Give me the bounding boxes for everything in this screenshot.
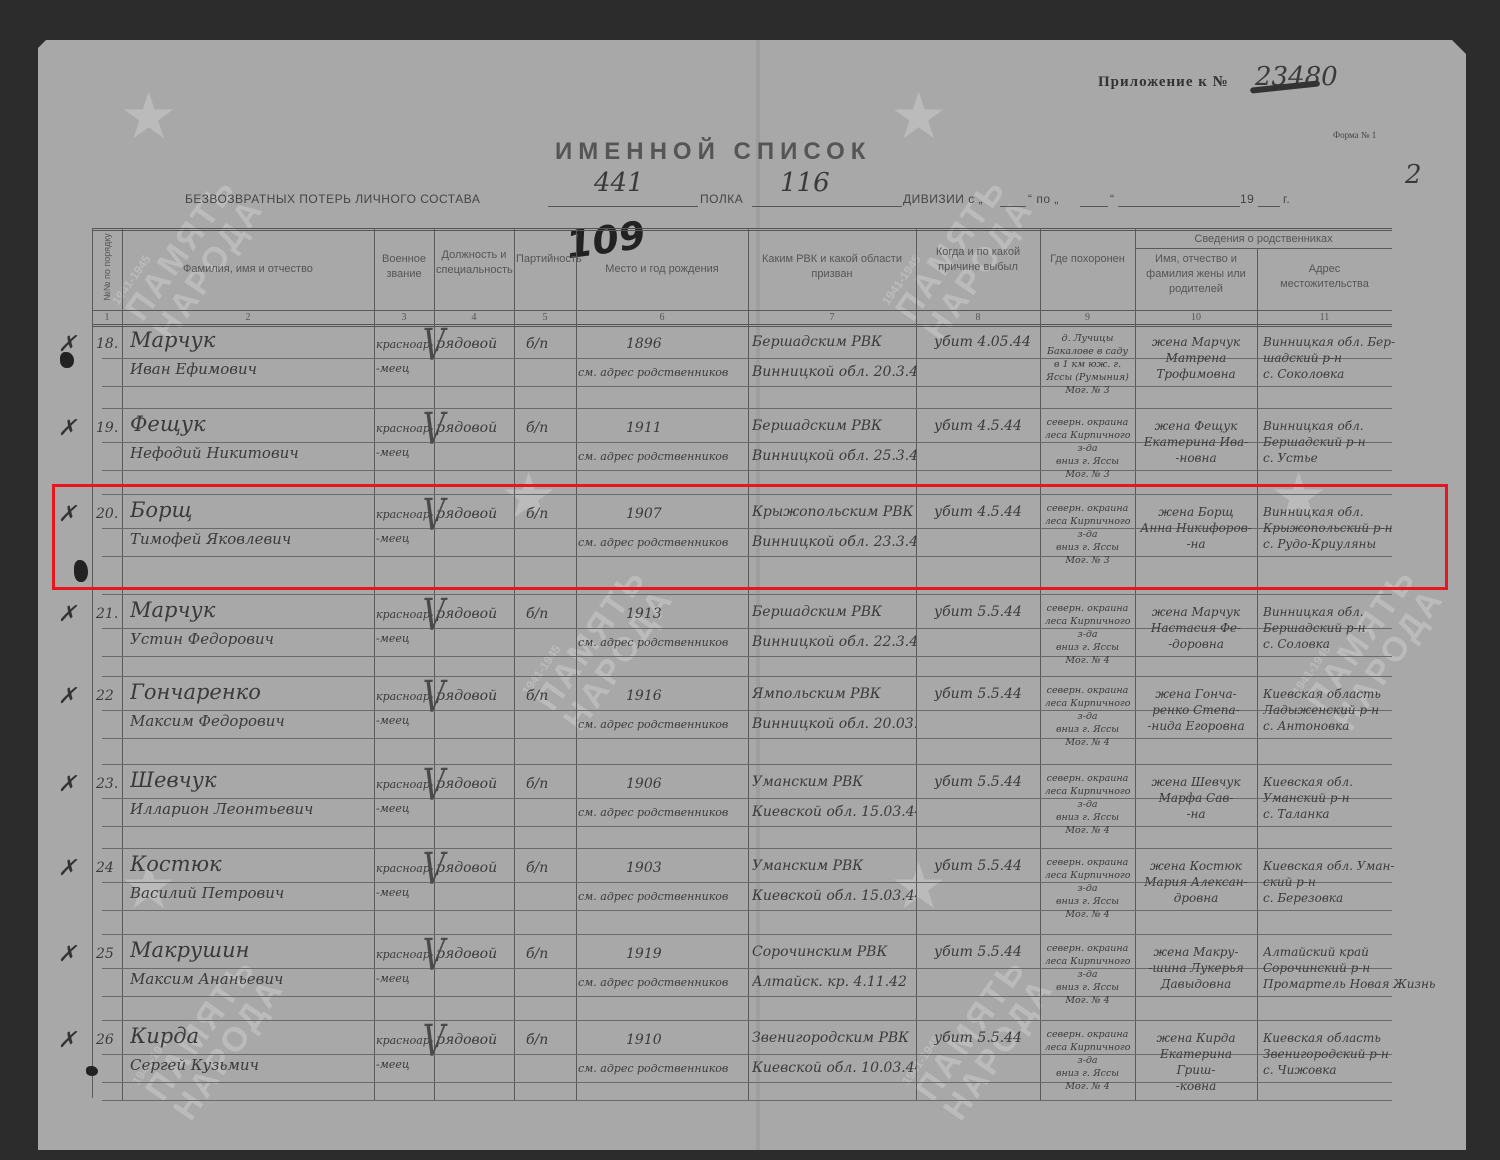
subtitle-losses: БЕЗВОЗВРАТНЫХ ПОТЕРЬ ЛИЧНОГО СОСТАВА [185, 192, 480, 206]
header-rank: Военное звание [378, 252, 430, 282]
departure-reason: убит 4.05.44 [934, 334, 1044, 350]
burial-line: леса Кирпичного з-да [1042, 615, 1133, 641]
rvk-line1: Бершадским РВК [752, 418, 916, 434]
division-underline [752, 206, 902, 207]
address-line: Киевская область [1263, 1030, 1438, 1046]
address-line: Алтайский край [1263, 944, 1438, 960]
party: б/п [526, 606, 572, 622]
burial-line: леса Кирпичного з-да [1042, 429, 1133, 455]
relative-line: жена Марчук [1139, 604, 1253, 620]
rvk-line1: Ямпольским РВК [752, 686, 916, 702]
address: Винницкая обл. Бер-шадский р-нс. Соколов… [1263, 334, 1438, 382]
rvk-line2: Киевской обл. 15.03.44 [752, 804, 916, 820]
check-mark-icon: V [423, 1016, 445, 1067]
relative-line: жена Марчук [1139, 334, 1253, 350]
row-number: 26 [96, 1032, 122, 1048]
address: Киевская обл.Уманский р-нс. Таланка [1263, 774, 1438, 822]
burial-line: д. Лучицы Бакалове в саду [1042, 332, 1133, 358]
row-number: 19. [96, 420, 122, 436]
relative-line: ренко Степа- [1139, 702, 1253, 718]
party: б/п [526, 420, 572, 436]
departure-reason: убит 5.5.44 [934, 858, 1044, 874]
address-line: с. Таланка [1263, 806, 1438, 822]
address-line: с. Чижовка [1263, 1062, 1438, 1078]
position: рядовой [436, 946, 514, 962]
column-number: 1 [92, 312, 122, 323]
relative-name: жена Макру--шина ЛукерьяДавыдовна [1139, 944, 1253, 992]
relative-line: -на [1139, 806, 1253, 822]
departure-reason: убит 5.5.44 [934, 604, 1044, 620]
address-line: Винницкая обл. [1263, 418, 1438, 434]
column-number: 8 [916, 312, 1040, 323]
burial-line: северн. окраина [1042, 1028, 1133, 1041]
column-number: 5 [514, 312, 576, 323]
birth-year: 1911 [626, 420, 716, 436]
watermark-star-icon: ★ [890, 80, 947, 154]
regiment-underline [548, 206, 698, 207]
burial-line: Мог. № 4 [1042, 1080, 1133, 1093]
address: Винницкая обл.Бершадский р-нс. Соловка [1263, 604, 1438, 652]
address-line: с. Березовка [1263, 890, 1438, 906]
birth-note: см. адрес родственников [578, 976, 748, 989]
surname: Марчук [130, 598, 370, 622]
page-number: 2 [1405, 160, 1422, 190]
highlighted-row-frame [52, 484, 1448, 590]
burial-line: вниз г. Яссы [1042, 641, 1133, 654]
address-line: Винницкая обл. Бер- [1263, 334, 1438, 350]
departure-reason: убит 4.5.44 [934, 418, 1044, 434]
burial-line: северн. окраина [1042, 942, 1133, 955]
cross-mark-icon: ✗ [58, 602, 76, 627]
birth-note: см. адрес родственников [578, 450, 748, 463]
birth-note: см. адрес родственников [578, 636, 748, 649]
row-number: 24 [96, 860, 122, 876]
header-name: Фамилия, имя и отчество [122, 262, 374, 277]
birth-year: 1919 [626, 946, 716, 962]
address-line: Бершадский р-н [1263, 434, 1438, 450]
address-line: Винницкая обл. [1263, 604, 1438, 620]
surname: Кирда [130, 1024, 370, 1048]
header-position: Должность и специальность [436, 248, 512, 278]
surname: Фещук [130, 412, 370, 436]
address: Киевская областьЛадыженский р-нс. Антоно… [1263, 686, 1438, 734]
burial-place: северн. окраиналеса Кирпичного з-давниз … [1042, 772, 1133, 837]
birth-note: см. адрес родственников [578, 806, 748, 819]
ink-blot [86, 1066, 98, 1076]
rvk-line2: Киевской обл. 10.03.44 [752, 1060, 916, 1076]
position: рядовой [436, 688, 514, 704]
column-number: 6 [576, 312, 748, 323]
header-address: Адрес местожительства [1267, 262, 1382, 292]
column-number: 2 [122, 312, 374, 323]
burial-line: Мог. № 4 [1042, 654, 1133, 667]
check-mark-icon: V [423, 590, 445, 641]
party: б/п [526, 1032, 572, 1048]
ruled-line [102, 1100, 1392, 1101]
rvk-line1: Сорочинским РВК [752, 944, 916, 960]
given-name: Устин Федорович [130, 630, 370, 648]
regiment-label: ПОЛКА [700, 192, 743, 206]
row-number: 23. [96, 776, 122, 792]
birth-year: 1896 [626, 336, 716, 352]
form-label: Форма № 1 [1333, 130, 1376, 140]
burial-line: Мог. № 4 [1042, 824, 1133, 837]
given-name: Нефодий Никитович [130, 444, 370, 462]
departure-reason: убит 5.5.44 [934, 686, 1044, 702]
check-mark-icon: V [423, 844, 445, 895]
surname: Макрушин [130, 938, 370, 962]
relative-line: жена Гонча- [1139, 686, 1253, 702]
address-line: Звенигородский р-н [1263, 1046, 1438, 1062]
party: б/п [526, 860, 572, 876]
header-when: Когда и по какой причине выбыл [922, 245, 1034, 275]
address-line: с. Соколовка [1263, 366, 1438, 382]
rvk-line2: Винницкой обл. 20.3.44 [752, 364, 916, 380]
surname: Гончаренко [130, 680, 370, 704]
burial-line: вниз г. Яссы [1042, 811, 1133, 824]
relative-name: жена Гонча-ренко Степа--нида Егоровна [1139, 686, 1253, 734]
relative-line: -ковна [1139, 1078, 1253, 1094]
burial-line: вниз г. Яссы [1042, 895, 1133, 908]
division-label: ДИВИЗИИ с „ [903, 192, 983, 206]
relative-line: жена Кирда [1139, 1030, 1253, 1046]
burial-place: северн. окраиналеса Кирпичного з-давниз … [1042, 856, 1133, 921]
burial-line: северн. окраина [1042, 684, 1133, 697]
check-mark-icon: V [423, 760, 445, 811]
rvk-line2: Винницкой обл. 20.03.44 [752, 716, 916, 732]
row-number: 25 [96, 946, 122, 962]
appendix-stamp: Приложение к № [1098, 74, 1229, 91]
surname: Костюк [130, 852, 370, 876]
burial-line: Мог. № 4 [1042, 994, 1133, 1007]
regiment-number: 441 [594, 168, 644, 198]
birth-year: 1903 [626, 860, 716, 876]
burial-line: вниз г. Яссы [1042, 723, 1133, 736]
cross-mark-icon: ✗ [58, 772, 76, 797]
cross-mark-icon: ✗ [58, 416, 76, 441]
address: Киевская обл. Уман-ский р-нс. Березовка [1263, 858, 1438, 906]
address-line: с. Соловка [1263, 636, 1438, 652]
cross-mark-icon: ✗ [58, 856, 76, 881]
given-name: Максим Ананьевич [130, 970, 370, 988]
rvk-line1: Бершадским РВК [752, 334, 916, 350]
burial-place: северн. окраиналеса Кирпичного з-давниз … [1042, 602, 1133, 667]
birth-note: см. адрес родственников [578, 718, 748, 731]
relatives-group-rule [1135, 248, 1392, 249]
relative-name: жена КирдаЕкатерина Гриш--ковна [1139, 1030, 1253, 1094]
relative-line: жена Фещук [1139, 418, 1253, 434]
rvk-line1: Бершадским РВК [752, 604, 916, 620]
header-relative-name: Имя, отчество и фамилия жены или родител… [1141, 252, 1251, 297]
column-number: 10 [1135, 312, 1257, 323]
address-line: с. Антоновка [1263, 718, 1438, 734]
year-label: 19 [1240, 192, 1254, 206]
header-birth: Место и год рождения [576, 262, 748, 277]
burial-line: в 1 км юж. г. Яссы (Румыния) [1042, 358, 1133, 384]
check-mark-icon: V [423, 672, 445, 723]
header-relatives-group: Сведения о родственниках [1135, 232, 1392, 247]
rvk-line1: Звенигородским РВК [752, 1030, 916, 1046]
burial-line: северн. окраина [1042, 772, 1133, 785]
burial-place: северн. окраиналеса Кирпичного з-давниз … [1042, 942, 1133, 1007]
burial-line: вниз г. Яссы [1042, 1067, 1133, 1080]
date-to-underline [1080, 206, 1108, 207]
burial-line: леса Кирпичного з-да [1042, 785, 1133, 811]
burial-line: Мог. № 4 [1042, 908, 1133, 921]
address: Винницкая обл.Бершадский р-нс. Устье [1263, 418, 1438, 466]
address: Киевская областьЗвенигородский р-нс. Чиж… [1263, 1030, 1438, 1078]
relative-line: Матрена Трофимовна [1139, 350, 1253, 382]
rvk-line1: Уманским РВК [752, 858, 916, 874]
rvk-line2: Винницкой обл. 22.3.44 [752, 634, 916, 650]
burial-place: северн. окраиналеса Кирпичного з-давниз … [1042, 416, 1133, 481]
burial-line: леса Кирпичного з-да [1042, 1041, 1133, 1067]
cross-mark-icon: ✗ [58, 684, 76, 709]
position: рядовой [436, 420, 514, 436]
burial-line: вниз г. Яссы [1042, 981, 1133, 994]
table-top-rule [92, 228, 1392, 231]
departure-reason: убит 5.5.44 [934, 1030, 1044, 1046]
year-suffix: г. [1283, 192, 1290, 206]
rvk-line2: Винницкой обл. 25.3.44 [752, 448, 916, 464]
relative-line: -шина Лукерья [1139, 960, 1253, 976]
given-name: Сергей Кузьмич [130, 1056, 370, 1074]
party: б/п [526, 946, 572, 962]
address-line: ский р-н [1263, 874, 1438, 890]
relative-line: жена Костюк [1139, 858, 1253, 874]
given-name: Иван Ефимович [130, 360, 370, 378]
date-to-label: “ по „ [1028, 192, 1059, 206]
address: Алтайский крайСорочинский р-нПромартель … [1263, 944, 1438, 992]
year-underline [1118, 206, 1240, 207]
burial-line: северн. окраина [1042, 856, 1133, 869]
burial-line: вниз г. Яссы [1042, 455, 1133, 468]
relative-line: Марфа Сав- [1139, 790, 1253, 806]
position: рядовой [436, 860, 514, 876]
relative-line: -нида Егоровна [1139, 718, 1253, 734]
rvk-line2: Алтайск. кр. 4.11.42 [752, 974, 916, 990]
departure-reason: убит 5.5.44 [934, 944, 1044, 960]
address-line: Ладыженский р-н [1263, 702, 1438, 718]
burial-line: Мог. № 4 [1042, 736, 1133, 749]
party: б/п [526, 688, 572, 704]
relative-line: -новна [1139, 450, 1253, 466]
address-line: Бершадский р-н [1263, 620, 1438, 636]
address-line: Киевская область [1263, 686, 1438, 702]
birth-note: см. адрес родственников [578, 1062, 748, 1075]
relative-line: -доровна [1139, 636, 1253, 652]
given-name: Илларион Леонтьевич [130, 800, 370, 818]
relative-line: жена Макру- [1139, 944, 1253, 960]
cross-mark-icon: ✗ [58, 1028, 76, 1053]
burial-line: леса Кирпичного з-да [1042, 869, 1133, 895]
relative-name: жена МарчукМатрена Трофимовна [1139, 334, 1253, 382]
header-rvk: Каким РВК и какой области призван [752, 252, 912, 282]
row-number: 22 [96, 688, 122, 704]
address-line: Сорочинский р-н [1263, 960, 1438, 976]
rvk-line2: Киевской обл. 15.03.44 [752, 888, 916, 904]
header-num: №№ по порядку [102, 232, 112, 302]
column-number: 11 [1257, 312, 1392, 323]
relative-line: Екатерина Ива- [1139, 434, 1253, 450]
burial-place: северн. окраиналеса Кирпичного з-давниз … [1042, 684, 1133, 749]
ink-blot [60, 352, 74, 368]
row-number: 21. [96, 606, 122, 622]
watermark-star-icon: ★ [120, 80, 177, 154]
burial-line: Мог. № 3 [1042, 384, 1133, 397]
check-mark-icon: V [423, 320, 445, 371]
burial-place: северн. окраиналеса Кирпичного з-давниз … [1042, 1028, 1133, 1093]
address-line: Киевская обл. Уман- [1263, 858, 1438, 874]
header-buried: Где похоронен [1046, 252, 1129, 267]
year-suffix-underline [1258, 206, 1280, 207]
relative-name: жена КостюкМария Алексан-дровна [1139, 858, 1253, 906]
birth-year: 1913 [626, 606, 716, 622]
birth-year: 1906 [626, 776, 716, 792]
surname: Шевчук [130, 768, 370, 792]
header-party: Партийность [516, 252, 574, 267]
departure-reason: убит 5.5.44 [934, 774, 1044, 790]
division-number: 116 [780, 168, 830, 198]
given-name: Максим Федорович [130, 712, 370, 730]
given-name: Василий Петрович [130, 884, 370, 902]
position: рядовой [436, 776, 514, 792]
party: б/п [526, 776, 572, 792]
relative-name: жена МарчукНастасия Фе--доровна [1139, 604, 1253, 652]
relative-line: Давыдовна [1139, 976, 1253, 992]
burial-line: леса Кирпичного з-да [1042, 955, 1133, 981]
cross-mark-icon: ✗ [58, 942, 76, 967]
row-number: 18. [96, 336, 122, 352]
birth-note: см. адрес родственников [578, 890, 748, 903]
birth-year: 1910 [626, 1032, 716, 1048]
date-from-underline [1000, 206, 1026, 207]
check-mark-icon: V [423, 930, 445, 981]
address-line: шадский р-н [1263, 350, 1438, 366]
relative-line: Настасия Фе- [1139, 620, 1253, 636]
column-number: 4 [434, 312, 514, 323]
position: рядовой [436, 1032, 514, 1048]
burial-place: д. Лучицы Бакалове в садув 1 км юж. г. Я… [1042, 332, 1133, 397]
relative-line: Екатерина Гриш- [1139, 1046, 1253, 1078]
relative-line: Мария Алексан- [1139, 874, 1253, 890]
position: рядовой [436, 606, 514, 622]
birth-year: 1916 [626, 688, 716, 704]
check-mark-icon: V [423, 404, 445, 455]
relative-name: жена ФещукЕкатерина Ива--новна [1139, 418, 1253, 466]
column-number: 9 [1040, 312, 1135, 323]
surname: Марчук [130, 328, 370, 352]
address-line: Киевская обл. [1263, 774, 1438, 790]
address-line: Уманский р-н [1263, 790, 1438, 806]
birth-note: см. адрес родственников [578, 366, 748, 379]
rvk-line1: Уманским РВК [752, 774, 916, 790]
position: рядовой [436, 336, 514, 352]
relative-name: жена ШевчукМарфа Сав--на [1139, 774, 1253, 822]
burial-line: северн. окраина [1042, 416, 1133, 429]
relative-line: жена Шевчук [1139, 774, 1253, 790]
burial-line: северн. окраина [1042, 602, 1133, 615]
date-quote: “ [1110, 192, 1115, 206]
header-rule [92, 310, 1392, 311]
address-line: с. Устье [1263, 450, 1438, 466]
address-line: Промартель Новая Жизнь [1263, 976, 1438, 992]
document-title: ИМЕННОЙ СПИСОК [555, 138, 871, 166]
column-number: 7 [748, 312, 916, 323]
burial-line: леса Кирпичного з-да [1042, 697, 1133, 723]
party: б/п [526, 336, 572, 352]
relative-line: дровна [1139, 890, 1253, 906]
burial-line: Мог. № 3 [1042, 468, 1133, 481]
